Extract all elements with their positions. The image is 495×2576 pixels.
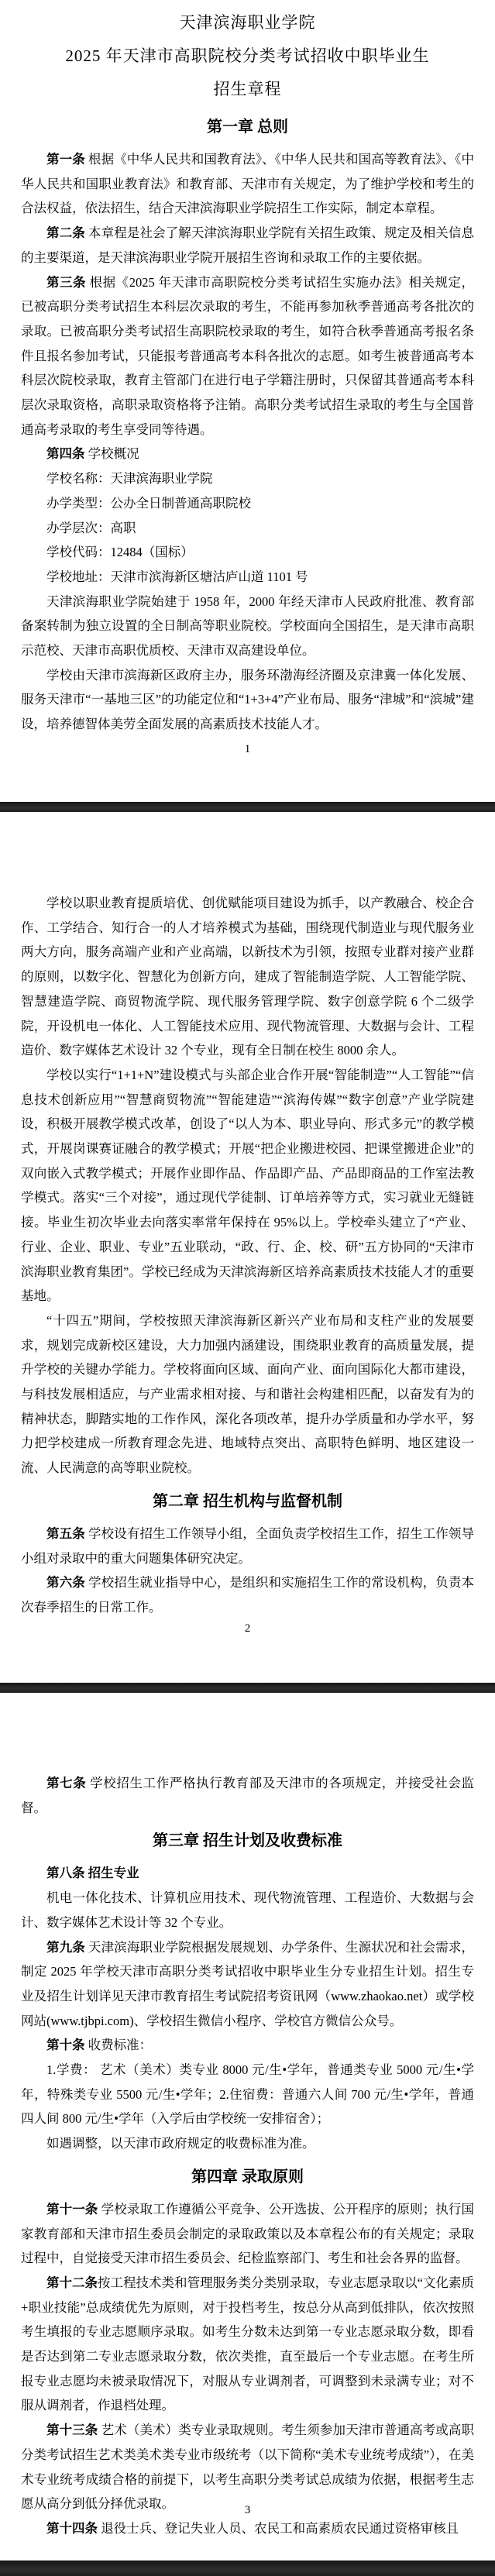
- article-label: 第三条: [46, 275, 86, 290]
- chapter-heading: 第四章 录取原则: [21, 2164, 474, 2190]
- article-label: 第十二条: [46, 2275, 98, 2290]
- article-label: 第十条: [46, 2038, 85, 2052]
- paragraph: 1.学费： 艺术（美术）类专业 8000 元/生•学年，普通类专业 5000 元…: [21, 2058, 474, 2131]
- paragraph: 第十四条 退役士兵、登记失业人员、农民工和高素质农民通过资格审核且: [21, 2516, 474, 2541]
- paragraph: 天津滨海职业学院始建于 1958 年，2000 年经天津市人民政府批准、教育部备…: [21, 590, 474, 663]
- article-label: 第十四条: [46, 2521, 98, 2536]
- paragraph: 学校由天津市滨海新区政府主办，服务环渤海经济圈及京津冀一体化发展、服务天津市“一…: [21, 663, 474, 737]
- document-viewer: 天津滨海职业学院2025 年天津市高职院校分类考试招收中职毕业生招生章程第一章 …: [0, 0, 495, 2576]
- paragraph: 第三条 根据《2025 年天津市高职院校分类考试招生实施办法》相关规定，已被高职…: [21, 270, 474, 442]
- document-page-2: 学校以职业教育提质培优、创优赋能项目建设为抓手，以产教融合、校企合作、工学结合、…: [0, 812, 495, 1683]
- paragraph: 学校代码：12484（国标）: [21, 540, 474, 565]
- paragraph: 第七条 学校招生工作严格执行教育部及天津市的各项规定，并接受社会监督。: [21, 1771, 474, 1820]
- document-title-line: 2025 年天津市高职院校分类考试招收中职毕业生: [21, 40, 474, 73]
- paragraph: 学校以职业教育提质培优、创优赋能项目建设为抓手，以产教融合、校企合作、工学结合、…: [21, 891, 474, 1063]
- article-label: 第九条: [46, 1940, 85, 1955]
- page-3-content: 第七条 学校招生工作严格执行教育部及天津市的各项规定，并接受社会监督。第三章 招…: [0, 1771, 495, 2541]
- paragraph: 如遇调整，以天津市政府规定的收费标准为准。: [21, 2131, 474, 2156]
- article-label: 第八条 招生专业: [46, 1866, 139, 1880]
- paragraph: 第十条 收费标准：: [21, 2033, 474, 2058]
- article-label: 第十三条: [46, 2423, 98, 2437]
- paragraph: 第五条 学校设有招生工作领导小组，全面负责学校招生工作，招生工作领导小组对录取中…: [21, 1522, 474, 1570]
- article-label: 第七条: [46, 1776, 86, 1790]
- paragraph: 第四条 学校概况: [21, 442, 474, 466]
- page-2-content: 学校以职业教育提质培优、创优赋能项目建设为抓手，以产教融合、校企合作、工学结合、…: [0, 891, 495, 1620]
- page-number: 3: [0, 2504, 495, 2516]
- page-1-content: 天津滨海职业学院2025 年天津市高职院校分类考试招收中职毕业生招生章程第一章 …: [0, 6, 495, 737]
- page-separator-bottom: [0, 2561, 495, 2576]
- article-label: 第六条: [46, 1575, 85, 1590]
- page-separator: [0, 1683, 495, 1693]
- paragraph: 学校地址：天津市滨海新区塘沽庐山道 1101 号: [21, 565, 474, 590]
- article-label: 第一条: [46, 152, 85, 167]
- paragraph: 第十三条 艺术（美术）类专业录取规则。考生须参加天津市普通高考或高职分类考试招生…: [21, 2418, 474, 2516]
- chapter-heading: 第二章 招生机构与监督机制: [21, 1488, 474, 1515]
- document-title-line: 天津滨海职业学院: [21, 6, 474, 40]
- page-number: 2: [0, 1622, 495, 1635]
- chapter-heading: 第三章 招生计划及收费标准: [21, 1828, 474, 1854]
- paragraph: 第十二条按工程技术类和管理服务类分类别录取，专业志愿录取以“文化素质+职业技能”…: [21, 2271, 474, 2418]
- paragraph: 学校名称：天津滨海职业学院: [21, 466, 474, 491]
- document-page-1: 天津滨海职业学院2025 年天津市高职院校分类考试招收中职毕业生招生章程第一章 …: [0, 0, 495, 802]
- chapter-heading: 第一章 总则: [21, 114, 474, 140]
- article-label: 第二条: [46, 225, 85, 240]
- article-label: 第四条: [46, 446, 85, 461]
- article-label: 第十一条: [46, 2202, 98, 2217]
- paragraph: 学校以实行“1+1+N”建设模式与头部企业合作开展“智能制造”“人工智能”“信息…: [21, 1063, 474, 1309]
- paragraph: 第九条 天津滨海职业学院根据发展规划、办学条件、生源状况和社会需求，制定 202…: [21, 1935, 474, 2034]
- paragraph: 办学层次：高职: [21, 516, 474, 541]
- paragraph: 第十一条 学校录取工作遵循公平竞争、公开选拔、公开程序的原则；执行国家教育部和天…: [21, 2197, 474, 2271]
- paragraph: 第八条 招生专业: [21, 1861, 474, 1886]
- paragraph: “十四五”期间，学校按照天津滨海新区新兴产业布局和支柱产业的发展要求，规划完成新…: [21, 1309, 474, 1481]
- document-title-line: 招生章程: [21, 73, 474, 106]
- page-number: 1: [0, 743, 495, 755]
- paragraph: 机电一体化技术、计算机应用技术、现代物流管理、工程造价、大数据与会计、数字媒体艺…: [21, 1886, 474, 1935]
- article-label: 第五条: [46, 1526, 85, 1541]
- paragraph: 第六条 学校招生就业指导中心，是组织和实施招生工作的常设机构，负责本次春季招生的…: [21, 1570, 474, 1619]
- document-page-3: 第七条 学校招生工作严格执行教育部及天津市的各项规定，并接受社会监督。第三章 招…: [0, 1693, 495, 2561]
- paragraph: 第一条 根据《中华人民共和国教育法》、《中华人民共和国高等教育法》、《中华人民共…: [21, 147, 474, 221]
- paragraph: 第二条 本章程是社会了解天津滨海职业学院有关招生政策、规定及相关信息的主要渠道，…: [21, 221, 474, 270]
- page-separator: [0, 802, 495, 812]
- paragraph: 办学类型：公办全日制普通高职院校: [21, 491, 474, 516]
